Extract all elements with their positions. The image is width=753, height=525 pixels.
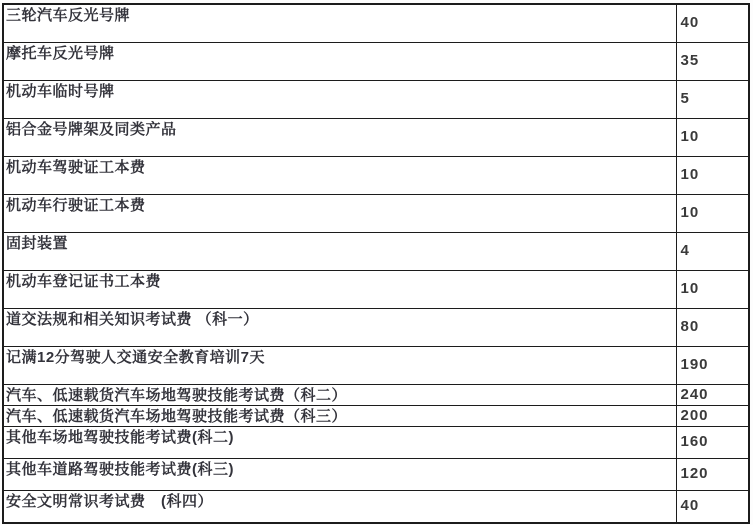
fee-amount: 40 (676, 4, 749, 42)
fee-item-name: 机动车驾驶证工本费 (3, 156, 676, 194)
fee-amount: 10 (676, 270, 749, 308)
fee-amount: 10 (676, 194, 749, 232)
fee-item-name: 三轮汽车反光号牌 (3, 4, 676, 42)
fee-amount: 160 (676, 426, 749, 458)
fee-amount: 80 (676, 308, 749, 346)
fee-item-name: 机动车临时号牌 (3, 80, 676, 118)
fee-item-name: 安全文明常识考试费 (科四） (3, 490, 676, 523)
table-row: 记满12分驾驶人交通安全教育培训7天 190 (3, 346, 749, 384)
fee-item-name: 道交法规和相关知识考试费 （科一） (3, 308, 676, 346)
fee-amount: 240 (676, 384, 749, 405)
fee-amount: 35 (676, 42, 749, 80)
fee-item-name: 记满12分驾驶人交通安全教育培训7天 (3, 346, 676, 384)
table-row: 其他车场地驾驶技能考试费(科二) 160 (3, 426, 749, 458)
table-row: 汽车、低速载货汽车场地驾驶技能考试费（科二） 240 (3, 384, 749, 405)
fee-amount: 10 (676, 156, 749, 194)
table-row: 机动车驾驶证工本费 10 (3, 156, 749, 194)
fee-amount: 10 (676, 118, 749, 156)
table-row: 铝合金号牌架及同类产品 10 (3, 118, 749, 156)
table-row: 机动车行驶证工本费 10 (3, 194, 749, 232)
fee-amount: 200 (676, 405, 749, 426)
table-row: 固封装置 4 (3, 232, 749, 270)
fee-amount: 5 (676, 80, 749, 118)
fee-item-name: 固封装置 (3, 232, 676, 270)
fee-item-name: 机动车行驶证工本费 (3, 194, 676, 232)
table-row: 机动车临时号牌 5 (3, 80, 749, 118)
table-row: 机动车登记证书工本费 10 (3, 270, 749, 308)
table-row: 道交法规和相关知识考试费 （科一） 80 (3, 308, 749, 346)
fee-item-name: 铝合金号牌架及同类产品 (3, 118, 676, 156)
fee-item-name: 其他车道路驾驶技能考试费(科三) (3, 458, 676, 490)
fee-amount: 120 (676, 458, 749, 490)
fee-amount: 4 (676, 232, 749, 270)
page: 三轮汽车反光号牌 40 摩托车反光号牌 35 机动车临时号牌 5 铝合金号牌架及… (0, 0, 753, 525)
fee-amount: 40 (676, 490, 749, 523)
fee-amount: 190 (676, 346, 749, 384)
table-row: 其他车道路驾驶技能考试费(科三) 120 (3, 458, 749, 490)
fee-item-name: 其他车场地驾驶技能考试费(科二) (3, 426, 676, 458)
table-row: 汽车、低速载货汽车场地驾驶技能考试费（科三） 200 (3, 405, 749, 426)
table-row: 摩托车反光号牌 35 (3, 42, 749, 80)
table-row: 三轮汽车反光号牌 40 (3, 4, 749, 42)
fee-item-name: 摩托车反光号牌 (3, 42, 676, 80)
fee-item-name: 机动车登记证书工本费 (3, 270, 676, 308)
table-row: 安全文明常识考试费 (科四） 40 (3, 490, 749, 523)
fee-schedule-table: 三轮汽车反光号牌 40 摩托车反光号牌 35 机动车临时号牌 5 铝合金号牌架及… (2, 3, 750, 524)
fee-item-name: 汽车、低速载货汽车场地驾驶技能考试费（科二） (3, 384, 676, 405)
fee-item-name: 汽车、低速载货汽车场地驾驶技能考试费（科三） (3, 405, 676, 426)
